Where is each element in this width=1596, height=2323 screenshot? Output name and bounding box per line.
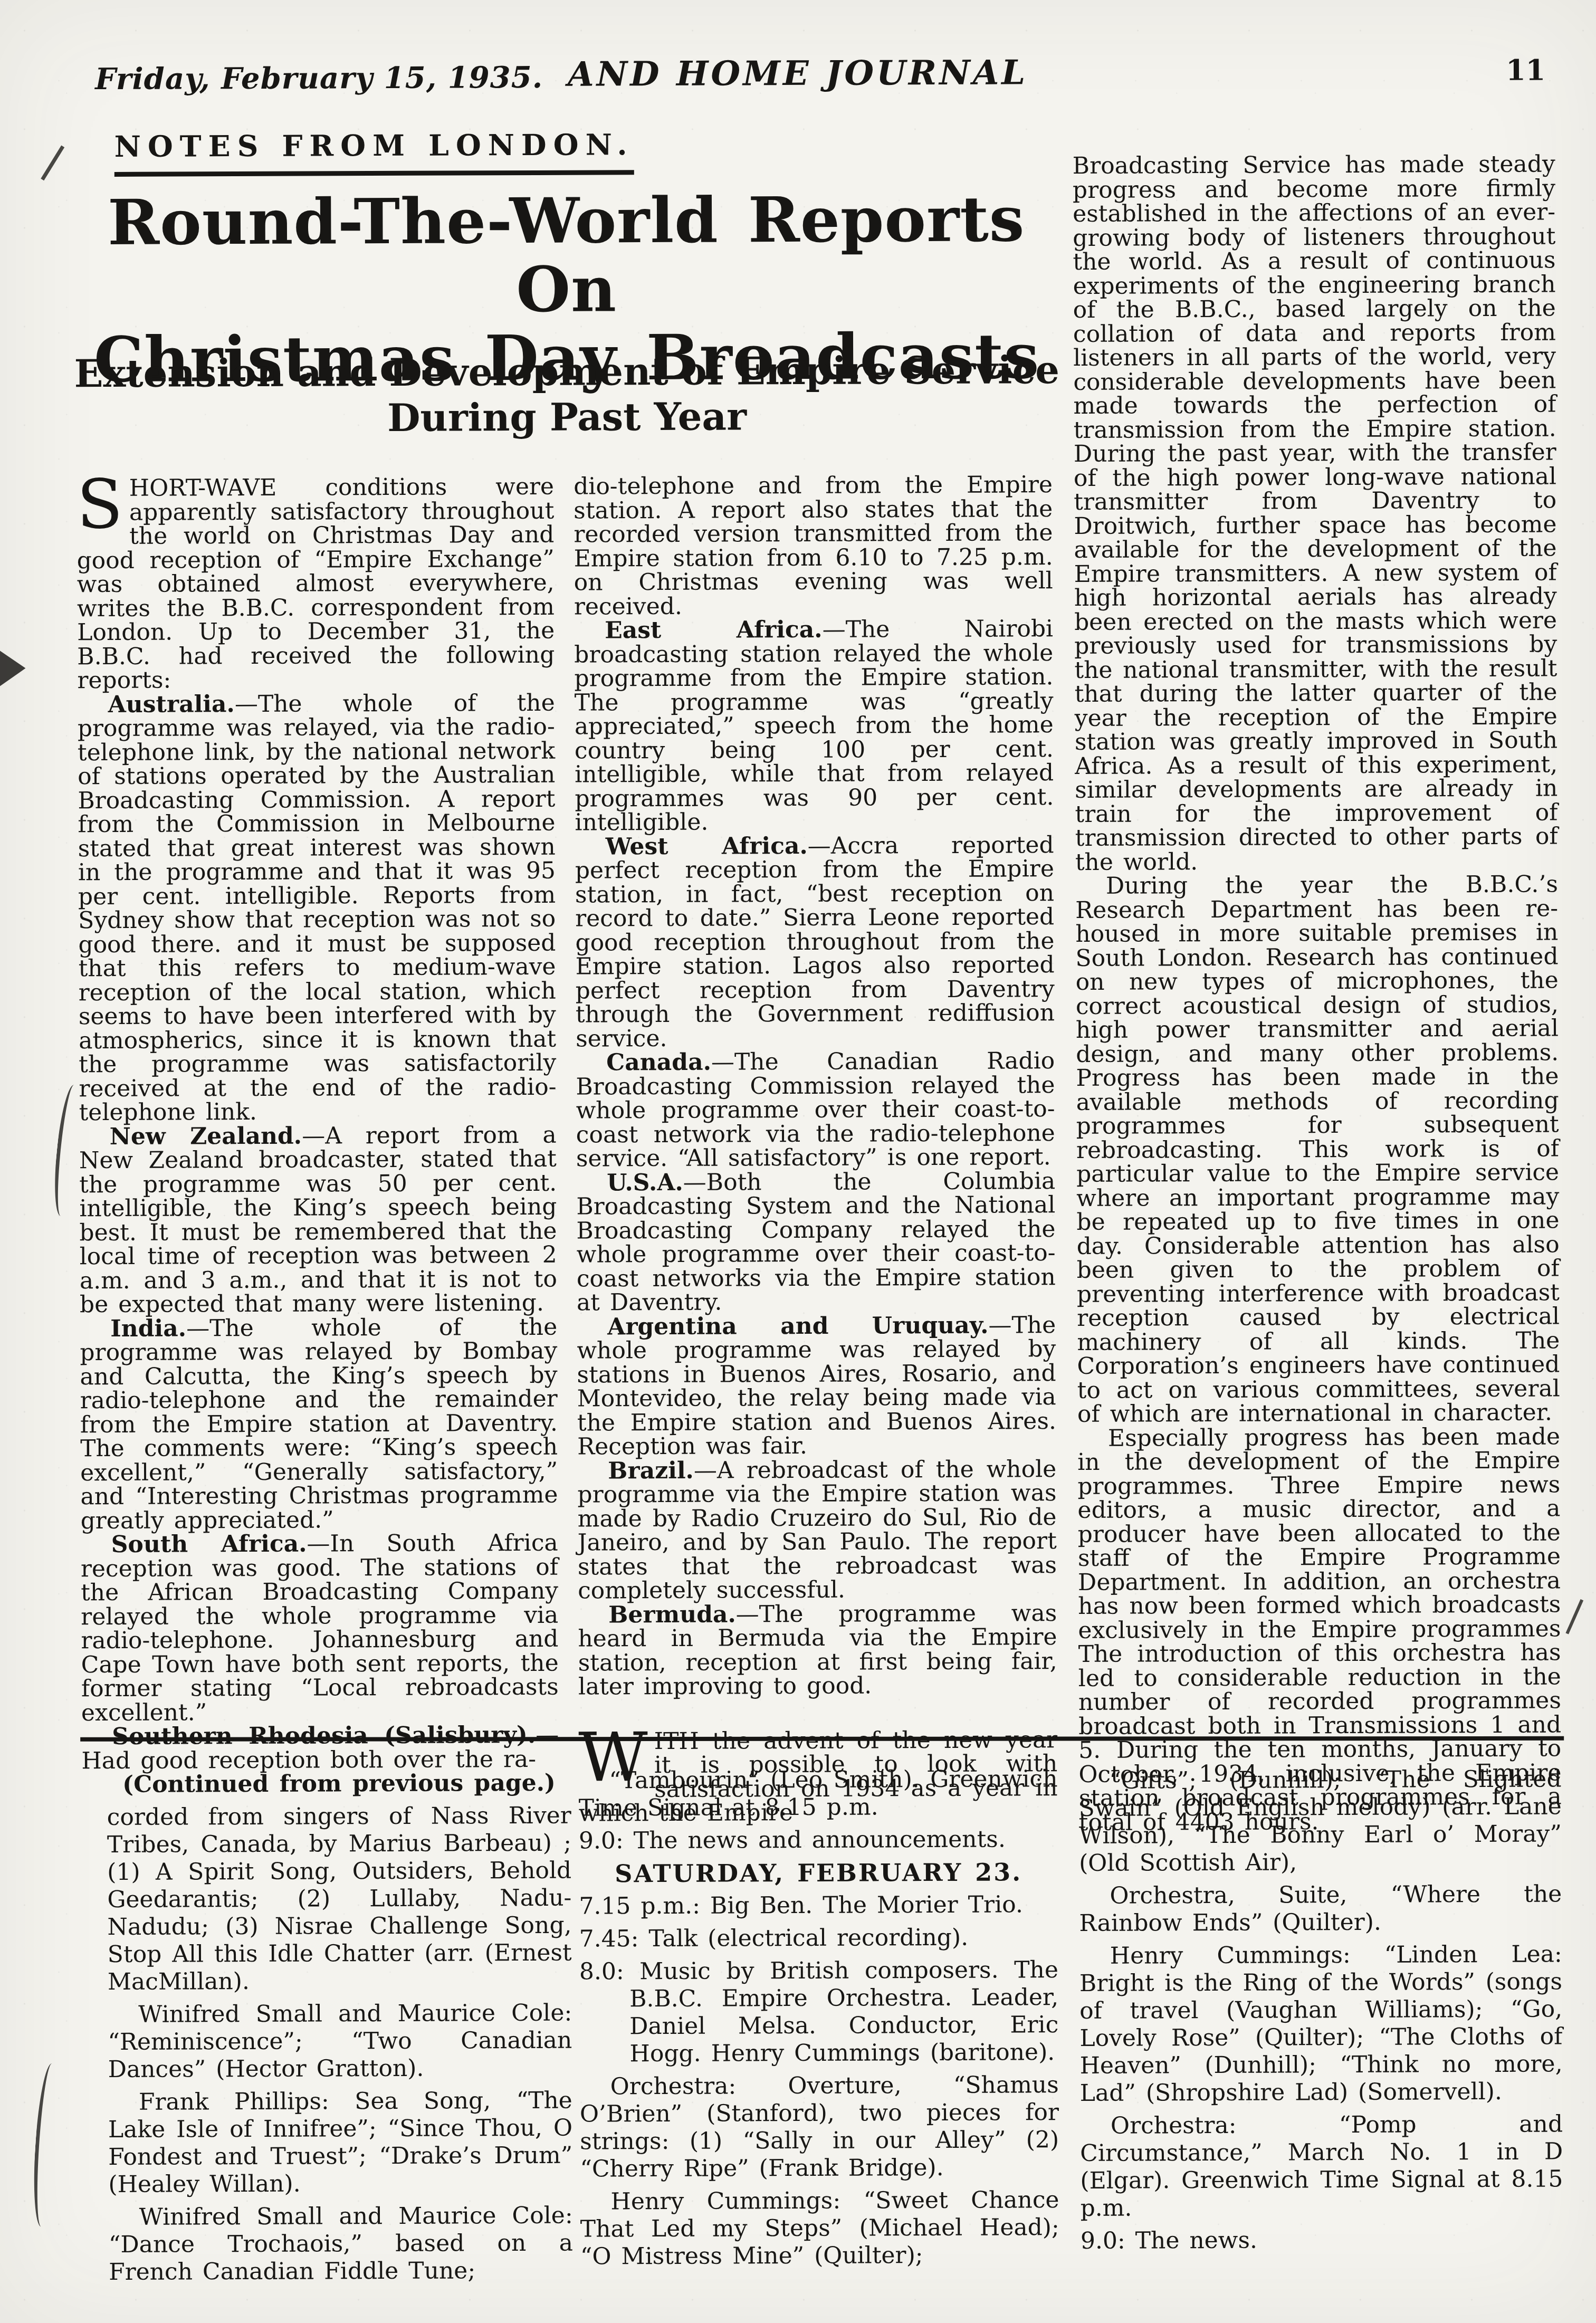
paragraph-lead: U.S.A. [607,1169,683,1196]
article-paragraph: Southern Rhodesia (Salisbury).—Had good … [81,1723,559,1773]
article-paragraph: Henry Cummings: “Linden Lea: Bright is t… [1079,1940,1563,2107]
journal-title: AND HOME JOURNAL [529,53,1067,94]
page-number: 11 [1506,53,1545,87]
section-kicker: NOTES FROM LONDON. [114,127,634,177]
article-paragraph: Broadcasting Service has made steady pro… [1073,152,1558,874]
article-paragraph: West Africa.—Accra reported perfect rece… [575,833,1055,1051]
article-paragraph: Orchestra: Overture, “Shamus O’Brien” (S… [580,2071,1059,2183]
article-column-2: dio-telephone and from the Empire statio… [574,473,1058,1825]
article-paragraph: “Gifts”; (Dunhill); “The Slighted Swain”… [1078,1765,1562,1877]
article-paragraph: Winifred Small and Maurice Cole: “Dance … [109,2202,574,2286]
paragraph-lead: Australia. [108,691,235,718]
paragraph-lead: South Africa. [111,1531,307,1558]
paragraph-lead: Argentina and Uruquay. [607,1312,988,1340]
article-column-1: SHORT-WAVE conditions were apparently sa… [77,475,559,1773]
article-paragraph: 9.0: The news and announcements. [579,1825,1058,1854]
scan-mark [0,649,26,687]
page-content: Friday, February 15, 1935. AND HOME JOUR… [0,0,1596,2323]
article-paragraph: India.—The whole of the programme was re… [80,1315,558,1533]
article-paragraph: Henry Cummings: “Sweet Chance That Led m… [580,2186,1059,2270]
newspaper-page: Friday, February 15, 1935. AND HOME JOUR… [0,0,1596,2323]
article-paragraph: South Africa.—In South Africa reception … [81,1531,559,1725]
article-paragraph: Canada.—The Canadian Radio Broadcasting … [576,1049,1055,1171]
article-paragraph: Orchestra, Suite, “Where the Rainbow End… [1079,1880,1562,1937]
paragraph-lead: Brazil. [608,1457,694,1484]
article-paragraph: U.S.A.—Both the Columbia Broadcasting Sy… [576,1169,1056,1315]
article-paragraph: New Zealand.—A report from a New Zealand… [79,1123,557,1316]
issue-date: Friday, February 15, 1935. [95,60,543,97]
article-paragraph: Frank Phillips: Sea Song, “The Lake Isle… [108,2087,573,2198]
article-paragraph: corded from singers of Nass River Tribes… [107,1802,572,1996]
paragraph-lead: Bermuda. [608,1601,736,1628]
article-paragraph: Bermuda.—The programme was heard in Berm… [578,1601,1057,1699]
paragraph-lead: New Zealand. [110,1122,302,1150]
article-paragraph: During the year the B.B.C.’s Research De… [1075,872,1560,1426]
article-paragraph: 8.0: Music by British composers. The B.B… [579,1956,1059,2068]
article-paragraph: Orchestra: “Pomp and Circumstance,” Marc… [1080,2110,1563,2222]
scan-mark [50,1084,81,1217]
listing-column-3: “Gifts”; (Dunhill); “The Slighted Swain”… [1078,1765,1563,2260]
headline-line-1: Round-The-World Reports On [70,185,1063,326]
article-column-3: Broadcasting Service has made steady pro… [1073,152,1562,1834]
paragraph-lead: Canada. [606,1049,711,1076]
article-paragraph: East Africa.—The Nairobi broadcasting st… [574,617,1054,835]
programme-day-heading: SATURDAY, FEBRUARY 23. [579,1858,1058,1887]
article-paragraph: 7.45: Talk (electrical recording). [579,1924,1058,1953]
continued-note: (Continued from previous page.) [107,1770,571,1799]
paragraph-lead: West Africa. [606,832,808,859]
article-paragraph: Brazil.—A rebroadcast of the whole progr… [577,1457,1057,1603]
paragraph-lead: India. [110,1315,186,1342]
article-subhead: Extension and Development of Empire Serv… [71,347,1063,442]
subhead-line-1: Extension and Development of Empire Serv… [71,347,1063,396]
article-paragraph: Australia.—The whole of the programme wa… [78,691,557,1124]
article-paragraph: Winifred Small and Maurice Cole: “Remini… [108,2000,572,2083]
listing-column-1: (Continued from previous page.)corded fr… [107,1770,573,2291]
drop-cap: S [77,476,129,530]
subhead-line-2: During Past Year [71,393,1063,442]
listing-column-2: “Tambourin” (Leo Smith). Greenwich Time … [578,1765,1059,2276]
article-paragraph: SHORT-WAVE conditions were apparently sa… [77,475,555,693]
article-paragraph: “Tambourin” (Leo Smith). Greenwich Time … [578,1765,1057,1822]
article-paragraph: Argentina and Uruquay.—The whole program… [577,1313,1056,1459]
article-paragraph: 9.0: The news. [1081,2225,1563,2255]
article-paragraph: dio-telephone and from the Empire statio… [574,473,1053,618]
article-paragraph: 7.15 p.m.: Big Ben. The Morier Trio. [579,1891,1058,1920]
scan-mark [30,2063,59,2228]
paragraph-lead: Southern Rhodesia (Salisbury). [112,1722,536,1750]
paragraph-lead: East Africa. [605,616,823,644]
scan-mark [41,146,64,181]
scan-mark [1565,1599,1583,1634]
